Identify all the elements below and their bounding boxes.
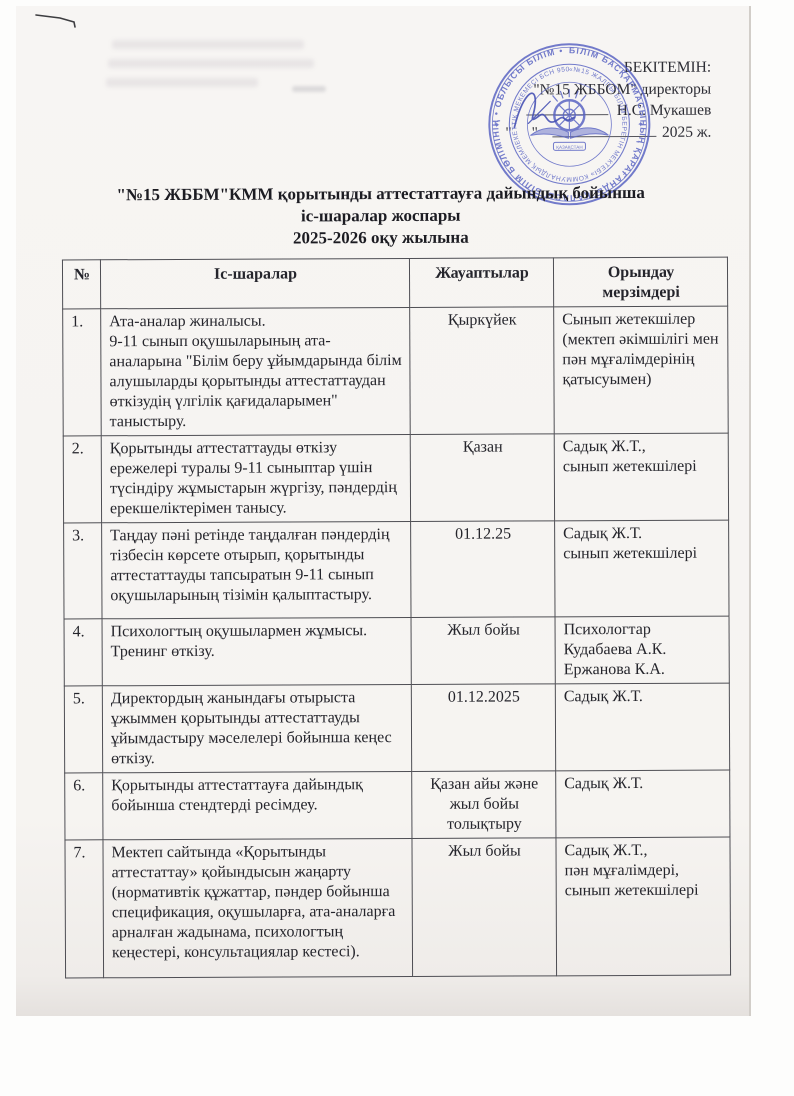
row-deadline: Садық Ж.Т.	[556, 770, 730, 838]
row-activity: Таңдау пәні ретінде таңдалған пәндердің …	[102, 521, 411, 618]
row-responsible: 01.12.2025	[411, 684, 555, 772]
title-line-2: іс-шаралар жоспары	[43, 204, 719, 229]
row-number: 5.	[64, 686, 102, 773]
row-activity: Директордың жанындағы отырыста ұжыммен қ…	[102, 684, 411, 772]
row-deadline: Садық Ж.Т., сынып жетекшілері	[554, 433, 728, 521]
header-number: №	[62, 260, 100, 309]
table-row: 2. Қорытынды аттестаттауды өткізу ережел…	[63, 433, 728, 523]
table-row: 3. Таңдау пәні ретінде таңдалған пәндерд…	[64, 520, 729, 619]
director-signature	[504, 83, 616, 135]
row-responsible: Қыркүйек	[410, 307, 555, 435]
table-row: 5. Директордың жанындағы отырыста ұжымме…	[64, 683, 729, 773]
row-number: 3.	[64, 523, 102, 619]
row-number: 6.	[65, 773, 103, 840]
row-deadline: Садық Ж.Т.	[555, 683, 729, 771]
header-activity: Іс-шаралар	[100, 258, 409, 308]
row-deadline: Садық Ж.Т., пән мұғалімдері, сынып жетек…	[556, 837, 731, 976]
stamp-separator-icon: ✦	[637, 120, 644, 129]
row-responsible: Қазан айы және жыл бойы толықтыру	[412, 771, 556, 839]
title-line-1: "№15 ЖББМ"КММ қорытынды аттестаттауға да…	[43, 182, 719, 207]
row-activity: Мектеп сайтында «Қорытынды аттестаттау» …	[103, 838, 413, 977]
table-row: 4. Психологтың оқушылармен жұмысы. Трени…	[64, 616, 729, 686]
title-line-3: 2025-2026 оқу жылына	[43, 226, 719, 251]
row-number: 1.	[63, 309, 102, 436]
row-number: 2.	[63, 436, 101, 523]
scanned-document-page: БЕКІТЕМІН: "№15 ЖББОМ" директоры Н.С. Му…	[0, 0, 794, 1096]
table-row: 1. Ата-аналар жиналысы. 9-11 сынып оқушы…	[63, 306, 729, 436]
table-row: 7. Мектеп сайтында «Қорытынды аттестатта…	[65, 837, 731, 978]
header-responsible: Жауаптылар	[409, 258, 553, 308]
table-header-row: № Іс-шаралар Жауаптылар Орындау мерзімде…	[62, 257, 727, 309]
stamp-separator-icon: ✦	[493, 121, 500, 130]
row-deadline: Психологтар Кудабаева А.К. Ержанова К.А.	[555, 616, 729, 684]
document-title: "№15 ЖББМ"КММ қорытынды аттестаттауға да…	[43, 182, 719, 251]
row-deadline: Садық Ж.Т. сынып жетекшілері	[555, 520, 729, 617]
row-responsible: 01.12.25	[411, 521, 555, 618]
row-responsible: Жыл бойы	[411, 617, 555, 685]
row-activity: Қорытынды аттестаттауға дайындық бойынша…	[103, 771, 412, 839]
row-deadline: Сынып жетекшілер (мектеп әкімшілігі мен …	[554, 306, 729, 434]
table-row: 6. Қорытынды аттестаттауға дайындық бойы…	[65, 770, 730, 840]
row-responsible: Қазан	[410, 434, 554, 522]
row-activity: Қорытынды аттестаттауды өткізу ережелері…	[101, 434, 410, 522]
row-activity: Психологтың оқушылармен жұмысы. Тренинг …	[102, 617, 411, 685]
row-responsible: Жыл бойы	[412, 838, 557, 977]
row-number: 7.	[65, 840, 104, 978]
header-deadline: Орындау мерзімдері	[553, 257, 727, 307]
year-text: 2025 ж.	[662, 123, 712, 140]
action-plan-table: № Іс-шаралар Жауаптылар Орындау мерзімде…	[62, 257, 731, 979]
row-number: 4.	[64, 619, 102, 686]
stamp-center-label: ҚАЗАҚСТАН	[556, 145, 582, 150]
row-activity: Ата-аналар жиналысы. 9-11 сынып оқушылар…	[101, 307, 411, 435]
